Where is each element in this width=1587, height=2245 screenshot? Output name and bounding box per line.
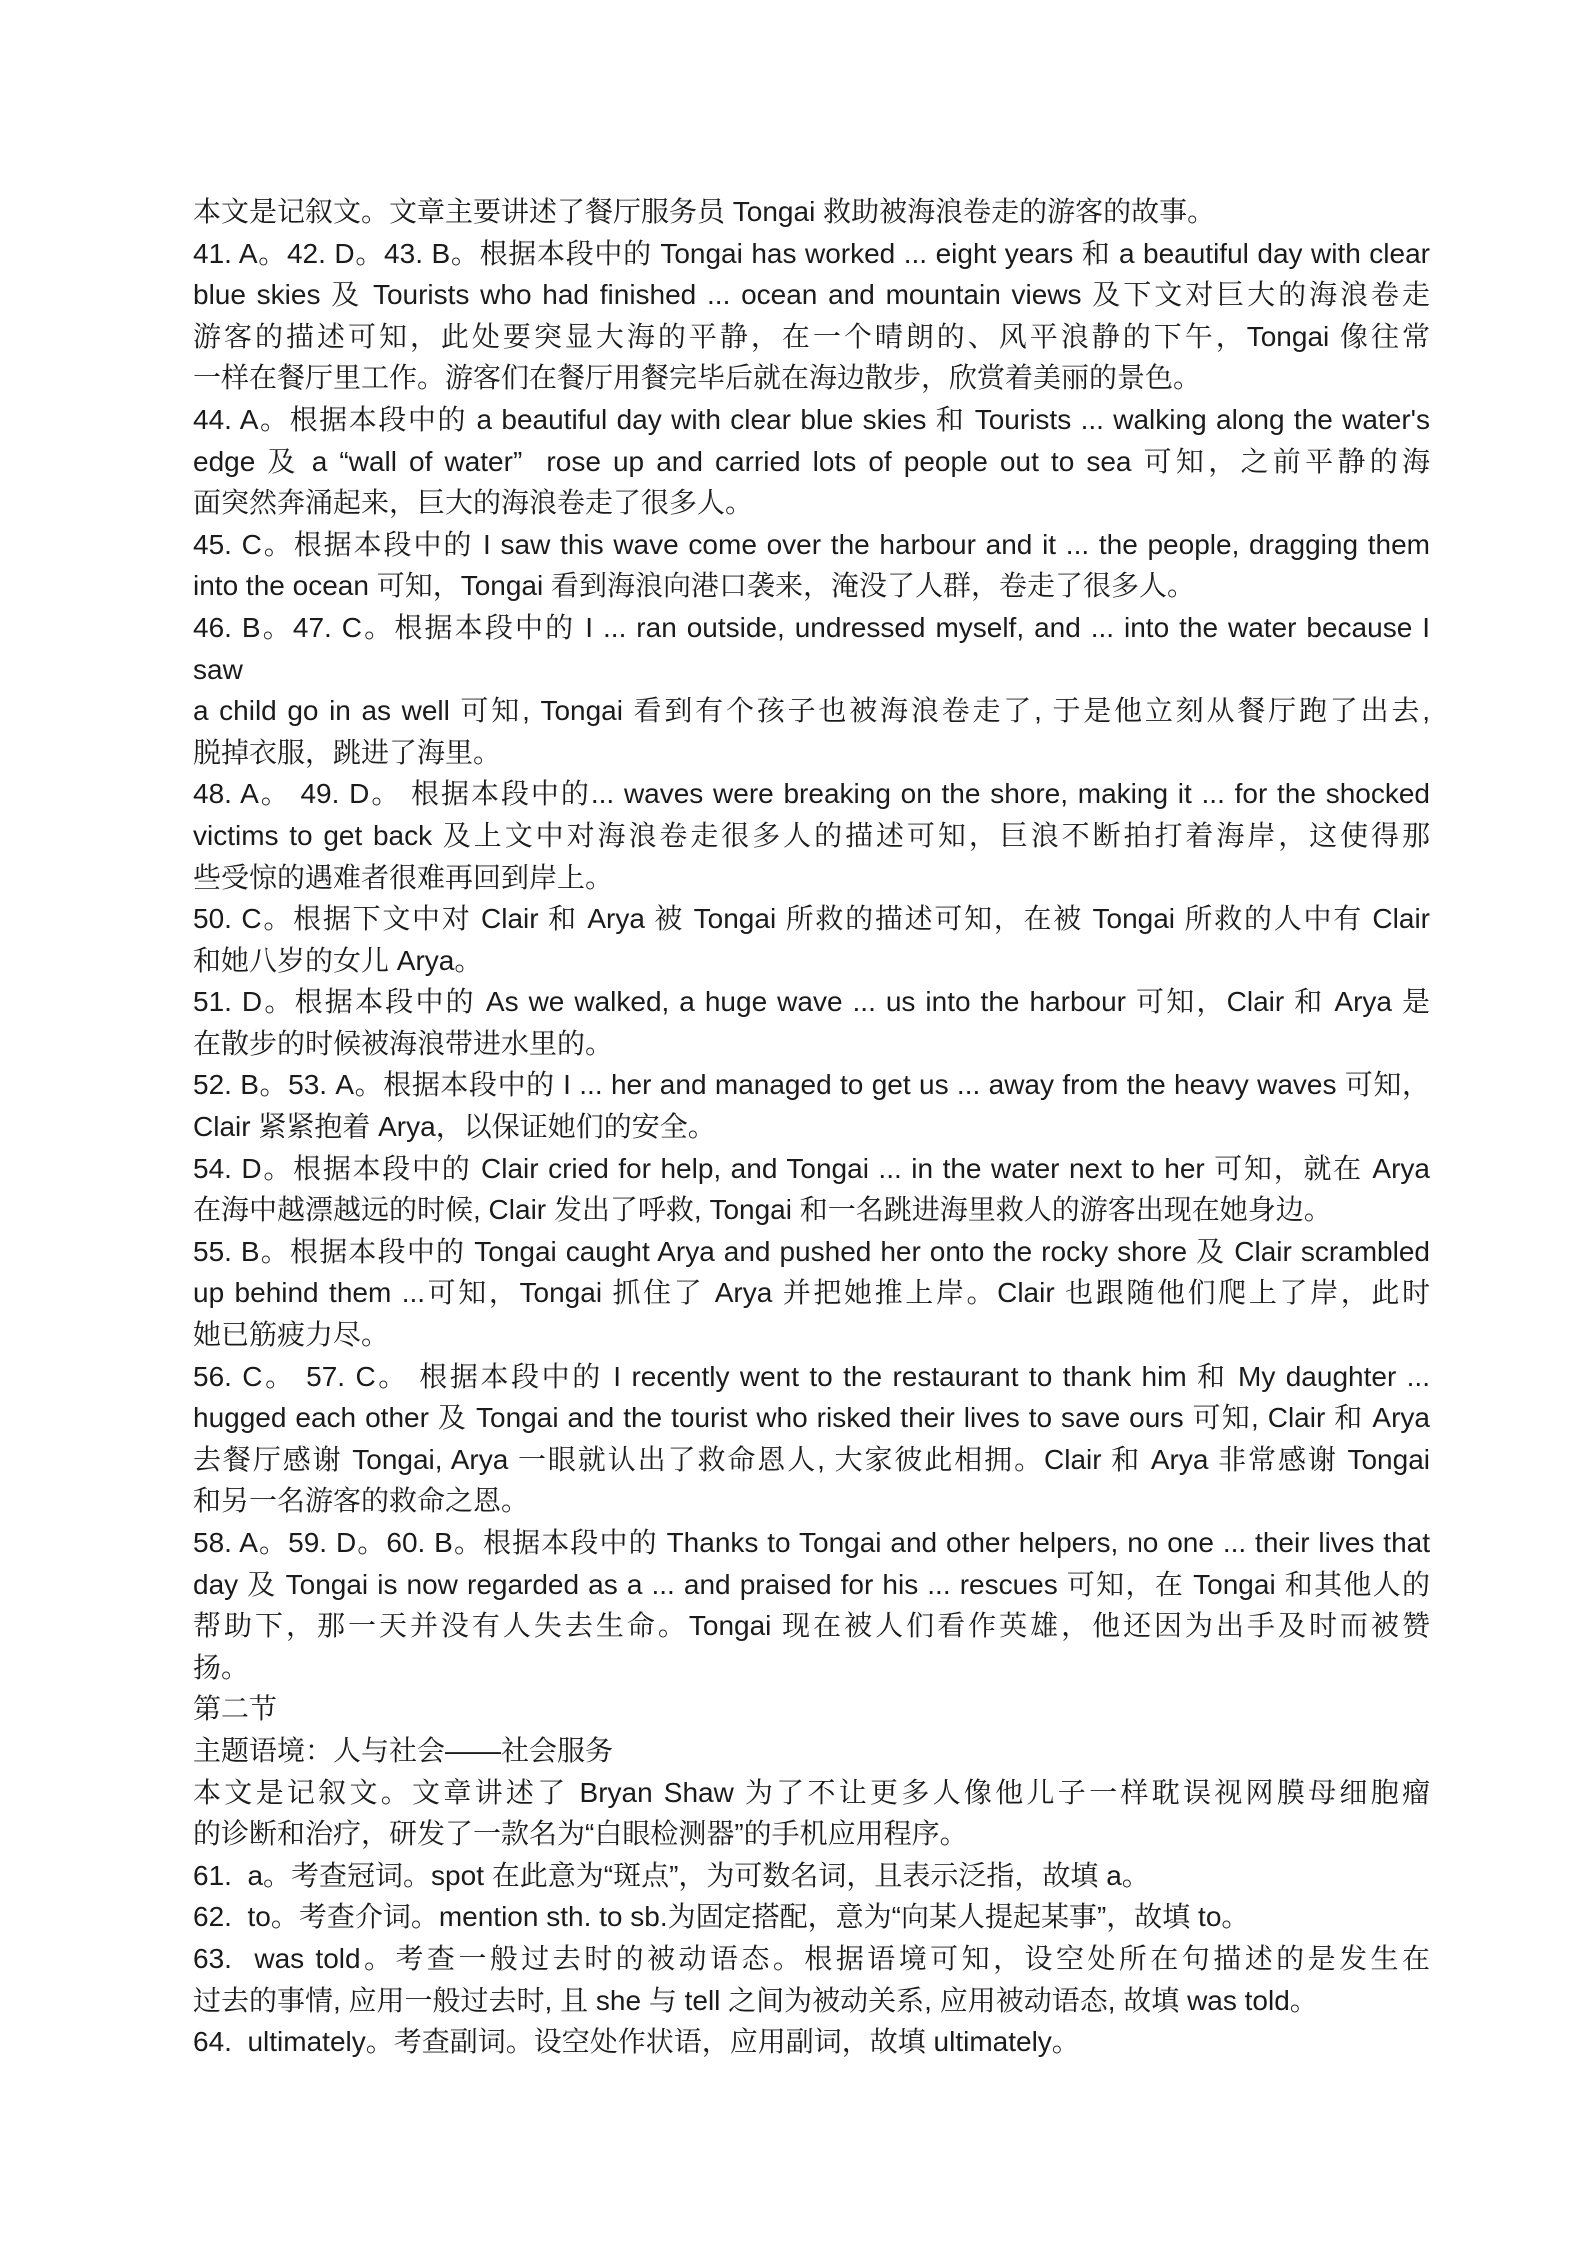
text-line: 一样在餐厅里工作。游客们在餐厅用餐完毕后就在海边散步，欣赏着美丽的景色。 [193,357,1430,399]
text-line: 56. C。 57. C。 根据本段中的 I recently went to … [193,1356,1430,1398]
text-line: 本文是记叙文。文章讲述了 Bryan Shaw 为了不让更多人像他儿子一样耽误视… [193,1772,1430,1814]
text-line: up behind them ...可知，Tongai 抓住了 Arya 并把她… [193,1272,1430,1314]
paragraph: 主题语境：人与社会——社会服务 [193,1730,1430,1772]
text-line: 主题语境：人与社会——社会服务 [193,1730,1430,1772]
text-line: 脱掉衣服，跳进了海里。 [193,732,1430,774]
paragraph: 56. C。 57. C。 根据本段中的 I recently went to … [193,1356,1430,1522]
paragraph: 62. to。考查介词。mention sth. to sb.为固定搭配，意为“… [193,1896,1430,1938]
text-line: 和她八岁的女儿 Arya。 [193,940,1430,982]
text-line: 58. A。59. D。60. B。根据本段中的 Thanks to Tonga… [193,1522,1430,1564]
text-line: 54. D。根据本段中的 Clair cried for help, and T… [193,1148,1430,1190]
text-line: day 及 Tongai is now regarded as a ... an… [193,1564,1430,1606]
text-line: 她已筋疲力尽。 [193,1314,1430,1356]
text-line: Clair 紧紧抱着 Arya，以保证她们的安全。 [193,1106,1430,1148]
text-line: 的诊断和治疗，研发了一款名为“白眼检测器”的手机应用程序。 [193,1813,1430,1855]
text-line: into the ocean 可知，Tongai 看到海浪向港口袭来，淹没了人群… [193,565,1430,607]
paragraph: 61. a。考查冠词。spot 在此意为“斑点”，为可数名词，且表示泛指，故填 … [193,1855,1430,1897]
paragraph: 50. C。根据下文中对 Clair 和 Arya 被 Tongai 所救的描述… [193,898,1430,981]
text-line: 48. A。 49. D。 根据本段中的... waves were break… [193,773,1430,815]
text-line: 46. B。47. C。根据本段中的 I ... ran outside, un… [193,607,1430,690]
text-line: 51. D。根据本段中的 As we walked, a huge wave .… [193,981,1430,1023]
text-line: 帮助下，那一天并没有人失去生命。Tongai 现在被人们看作英雄，他还因为出手及… [193,1605,1430,1647]
text-line: 52. B。53. A。根据本段中的 I ... her and managed… [193,1064,1430,1106]
text-line: edge 及 a “wall of water” rose up and car… [193,441,1430,483]
text-line: 和另一名游客的救命之恩。 [193,1480,1430,1522]
paragraph: 48. A。 49. D。 根据本段中的... waves were break… [193,773,1430,898]
text-line: 本文是记叙文。文章主要讲述了餐厅服务员 Tongai 救助被海浪卷走的游客的故事… [193,191,1430,233]
document-page: 本文是记叙文。文章主要讲述了餐厅服务员 Tongai 救助被海浪卷走的游客的故事… [0,0,1587,2245]
text-line: 55. B。根据本段中的 Tongai caught Arya and push… [193,1231,1430,1273]
paragraph: 本文是记叙文。文章主要讲述了餐厅服务员 Tongai 救助被海浪卷走的游客的故事… [193,191,1430,233]
paragraph: 58. A。59. D。60. B。根据本段中的 Thanks to Tonga… [193,1522,1430,1688]
paragraph: 41. A。42. D。43. B。根据本段中的 Tongai has work… [193,233,1430,399]
text-line: 在散步的时候被海浪带进水里的。 [193,1023,1430,1065]
text-line: 45. C。根据本段中的 I saw this wave come over t… [193,524,1430,566]
text-line: a child go in as well 可知, Tongai 看到有个孩子也… [193,690,1430,732]
text-line: blue skies 及 Tourists who had finished .… [193,274,1430,316]
text-line: 扬。 [193,1647,1430,1689]
document-body: 本文是记叙文。文章主要讲述了餐厅服务员 Tongai 救助被海浪卷走的游客的故事… [193,191,1430,2063]
text-line: 些受惊的遇难者很难再回到岸上。 [193,857,1430,899]
text-line: 50. C。根据下文中对 Clair 和 Arya 被 Tongai 所救的描述… [193,898,1430,940]
paragraph: 54. D。根据本段中的 Clair cried for help, and T… [193,1148,1430,1231]
paragraph: 本文是记叙文。文章讲述了 Bryan Shaw 为了不让更多人像他儿子一样耽误视… [193,1772,1430,1855]
text-line: 62. to。考查介词。mention sth. to sb.为固定搭配，意为“… [193,1896,1430,1938]
text-line: 64. ultimately。考查副词。设空处作状语，应用副词，故填 ultim… [193,2021,1430,2063]
paragraph: 64. ultimately。考查副词。设空处作状语，应用副词，故填 ultim… [193,2021,1430,2063]
paragraph: 55. B。根据本段中的 Tongai caught Arya and push… [193,1231,1430,1356]
paragraph: 51. D。根据本段中的 As we walked, a huge wave .… [193,981,1430,1064]
paragraph: 63. was told。考查一般过去时的被动语态。根据语境可知，设空处所在句描… [193,1938,1430,2021]
text-line: 游客的描述可知，此处要突显大海的平静，在一个晴朗的、风平浪静的下午，Tongai… [193,316,1430,358]
text-line: 面突然奔涌起来，巨大的海浪卷走了很多人。 [193,482,1430,524]
text-line: hugged each other 及 Tongai and the touri… [193,1397,1430,1439]
text-line: 在海中越漂越远的时候, Clair 发出了呼救, Tongai 和一名跳进海里救… [193,1189,1430,1231]
text-line: victims to get back 及上文中对海浪卷走很多人的描述可知，巨浪… [193,815,1430,857]
text-line: 过去的事情, 应用一般过去时, 且 she 与 tell 之间为被动关系, 应用… [193,1980,1430,2022]
paragraph: 52. B。53. A。根据本段中的 I ... her and managed… [193,1064,1430,1147]
text-line: 去餐厅感谢 Tongai, Arya 一眼就认出了救命恩人, 大家彼此相拥。Cl… [193,1439,1430,1481]
text-line: 44. A。根据本段中的 a beautiful day with clear … [193,399,1430,441]
paragraph: 44. A。根据本段中的 a beautiful day with clear … [193,399,1430,524]
text-line: 41. A。42. D。43. B。根据本段中的 Tongai has work… [193,233,1430,275]
text-line: 第二节 [193,1688,1430,1730]
text-line: 61. a。考查冠词。spot 在此意为“斑点”，为可数名词，且表示泛指，故填 … [193,1855,1430,1897]
paragraph: 第二节 [193,1688,1430,1730]
text-line: 63. was told。考查一般过去时的被动语态。根据语境可知，设空处所在句描… [193,1938,1430,1980]
paragraph: 46. B。47. C。根据本段中的 I ... ran outside, un… [193,607,1430,773]
paragraph: 45. C。根据本段中的 I saw this wave come over t… [193,524,1430,607]
